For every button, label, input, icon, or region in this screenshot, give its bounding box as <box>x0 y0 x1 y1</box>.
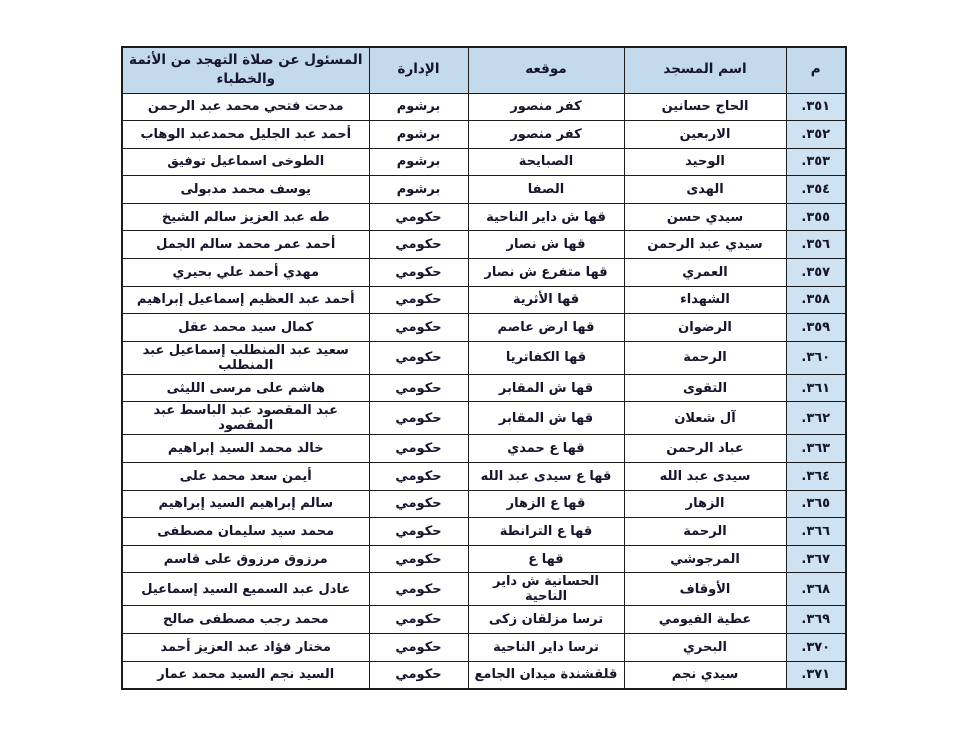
administration-cell: حكومي <box>369 341 468 374</box>
mosque-name-cell: الهدى <box>624 176 786 204</box>
table-row: ٣٦٥.الزهارقها ع الزهارحكوميسالم إبراهيم … <box>122 490 846 518</box>
mosque-name-cell: الاربعين <box>624 121 786 149</box>
row-number-cell: ٣٦٦. <box>786 518 846 546</box>
mosque-name-cell: البحري <box>624 634 786 662</box>
mosque-name-cell: الرضوان <box>624 314 786 342</box>
responsible-cell: مرزوق مرزوق على قاسم <box>122 545 369 573</box>
administration-cell: برشوم <box>369 93 468 121</box>
responsible-cell: مهدي أحمد علي بحيري <box>122 259 369 287</box>
mosque-name-cell: الشهداء <box>624 286 786 314</box>
administration-cell: برشوم <box>369 176 468 204</box>
mosque-name-cell: المرجوشي <box>624 545 786 573</box>
row-number-cell: ٣٥٩. <box>786 314 846 342</box>
table-row: ٣٧٠.البحريترسا داير الناحيةحكوميمختار فؤ… <box>122 634 846 662</box>
table-header: م اسم المسجد موقعه الإدارة المسئول عن صل… <box>122 47 846 93</box>
header-responsible: المسئول عن صلاة التهجد من الأئمة والخطبا… <box>122 47 369 93</box>
table-row: ٣٥٩.الرضوانقها ارض عاصمحكوميكمال سيد محم… <box>122 314 846 342</box>
location-cell: الصبايحة <box>468 148 624 176</box>
mosque-name-cell: الرحمة <box>624 341 786 374</box>
header-row: م اسم المسجد موقعه الإدارة المسئول عن صل… <box>122 47 846 93</box>
table-row: ٣٦٧.المرجوشيقها عحكوميمرزوق مرزوق على قا… <box>122 545 846 573</box>
table-row: ٣٥٢.الاربعينكفر منصوربرشومأحمد عبد الجلي… <box>122 121 846 149</box>
responsible-cell: هاشم على مرسى الليثى <box>122 374 369 402</box>
location-cell: قلقشندة ميدان الجامع <box>468 661 624 689</box>
responsible-cell: عبد المقصود عبد الباسط عبد المقصود <box>122 402 369 435</box>
administration-cell: حكومي <box>369 463 468 491</box>
location-cell: قها ش نصار <box>468 231 624 259</box>
responsible-cell: سعيد عبد المنطلب إسماعيل عبد المنطلب <box>122 341 369 374</box>
row-number-cell: ٣٥٨. <box>786 286 846 314</box>
row-number-cell: ٣٥٦. <box>786 231 846 259</box>
row-number-cell: ٣٥١. <box>786 93 846 121</box>
row-number-cell: ٣٦٠. <box>786 341 846 374</box>
administration-cell: برشوم <box>369 121 468 149</box>
header-mosque-name: اسم المسجد <box>624 47 786 93</box>
mosque-name-cell: التقوى <box>624 374 786 402</box>
row-number-cell: ٣٦٨. <box>786 573 846 606</box>
responsible-cell: الطوخى اسماعيل توفيق <box>122 148 369 176</box>
mosque-roster-table: م اسم المسجد موقعه الإدارة المسئول عن صل… <box>121 46 847 690</box>
mosque-name-cell: عطية الفيومي <box>624 606 786 634</box>
header-num: م <box>786 47 846 93</box>
mosque-name-cell: سيدي حسن <box>624 203 786 231</box>
administration-cell: حكومي <box>369 374 468 402</box>
location-cell: قها ارض عاصم <box>468 314 624 342</box>
row-number-cell: ٣٦٢. <box>786 402 846 435</box>
administration-cell: حكومي <box>369 314 468 342</box>
responsible-cell: محمد رجب مصطفى صالح <box>122 606 369 634</box>
location-cell: كفر منصور <box>468 121 624 149</box>
mosque-name-cell: الوحيد <box>624 148 786 176</box>
table-row: ٣٥٣.الوحيدالصبايحةبرشومالطوخى اسماعيل تو… <box>122 148 846 176</box>
mosque-name-cell: الحاج حسانين <box>624 93 786 121</box>
responsible-cell: خالد محمد السيد إبراهيم <box>122 435 369 463</box>
responsible-cell: كمال سيد محمد عقل <box>122 314 369 342</box>
table-body: ٣٥١.الحاج حسانينكفر منصوربرشوممدحت فتحي … <box>122 93 846 689</box>
table-row: ٣٦٤.سيدى عبد اللهقها ع سيدى عبد اللهحكوم… <box>122 463 846 491</box>
row-number-cell: ٣٧١. <box>786 661 846 689</box>
administration-cell: حكومي <box>369 661 468 689</box>
mosque-name-cell: سيدي عبد الرحمن <box>624 231 786 259</box>
table-row: ٣٥٨.الشهداءقها الأثريةحكوميأحمد عبد العظ… <box>122 286 846 314</box>
administration-cell: حكومي <box>369 545 468 573</box>
row-number-cell: ٣٦٧. <box>786 545 846 573</box>
administration-cell: حكومي <box>369 231 468 259</box>
responsible-cell: مدحت فتحي محمد عبد الرحمن <box>122 93 369 121</box>
row-number-cell: ٣٥٤. <box>786 176 846 204</box>
table-row: ٣٥٥.سيدي حسنقها ش داير الناحيةحكوميطه عب… <box>122 203 846 231</box>
location-cell: قها ع <box>468 545 624 573</box>
header-administration: الإدارة <box>369 47 468 93</box>
mosque-name-cell: عباد الرحمن <box>624 435 786 463</box>
row-number-cell: ٣٥٧. <box>786 259 846 287</box>
header-location: موقعه <box>468 47 624 93</box>
table-row: ٣٦٢.آل شعلانقها ش المقابرحكوميعبد المقصو… <box>122 402 846 435</box>
location-cell: قها ع سيدى عبد الله <box>468 463 624 491</box>
administration-cell: حكومي <box>369 518 468 546</box>
location-cell: قها الكفاتريا <box>468 341 624 374</box>
mosque-name-cell: الرحمة <box>624 518 786 546</box>
administration-cell: برشوم <box>369 148 468 176</box>
location-cell: قها متفرع ش نصار <box>468 259 624 287</box>
responsible-cell: عادل عبد السميع السيد إسماعيل <box>122 573 369 606</box>
table-row: ٣٦٣.عباد الرحمنقها ع حمديحكوميخالد محمد … <box>122 435 846 463</box>
administration-cell: حكومي <box>369 490 468 518</box>
location-cell: قها ع حمدي <box>468 435 624 463</box>
responsible-cell: يوسف محمد مدبولى <box>122 176 369 204</box>
responsible-cell: السيد نجم السيد محمد عمار <box>122 661 369 689</box>
mosque-name-cell: سيدي نجم <box>624 661 786 689</box>
responsible-cell: أحمد عبد الجليل محمدعبد الوهاب <box>122 121 369 149</box>
administration-cell: حكومي <box>369 435 468 463</box>
administration-cell: حكومي <box>369 259 468 287</box>
responsible-cell: طه عبد العزيز سالم الشيخ <box>122 203 369 231</box>
table-row: ٣٥٦.سيدي عبد الرحمنقها ش نصارحكوميأحمد ع… <box>122 231 846 259</box>
table-row: ٣٦٨.الأوقافالحسانية ش داير الناحيةحكوميع… <box>122 573 846 606</box>
location-cell: قها الأثرية <box>468 286 624 314</box>
row-number-cell: ٣٥٣. <box>786 148 846 176</box>
mosque-name-cell: الأوقاف <box>624 573 786 606</box>
location-cell: قها ش المقابر <box>468 374 624 402</box>
document-page: م اسم المسجد موقعه الإدارة المسئول عن صل… <box>0 0 960 742</box>
mosque-name-cell: سيدى عبد الله <box>624 463 786 491</box>
responsible-cell: أيمن سعد محمد على <box>122 463 369 491</box>
responsible-cell: مختار فؤاد عبد العزيز أحمد <box>122 634 369 662</box>
row-number-cell: ٣٦٣. <box>786 435 846 463</box>
responsible-cell: سالم إبراهيم السيد إبراهيم <box>122 490 369 518</box>
table-row: ٣٧١.سيدي نجمقلقشندة ميدان الجامعحكوميالس… <box>122 661 846 689</box>
row-number-cell: ٣٥٥. <box>786 203 846 231</box>
row-number-cell: ٣٦٥. <box>786 490 846 518</box>
responsible-cell: أحمد عمر محمد سالم الجمل <box>122 231 369 259</box>
location-cell: ترسا مزلقان زكى <box>468 606 624 634</box>
table-row: ٣٥٤.الهدىالصفابرشوميوسف محمد مدبولى <box>122 176 846 204</box>
mosque-name-cell: آل شعلان <box>624 402 786 435</box>
administration-cell: حكومي <box>369 203 468 231</box>
table-row: ٣٦١.التقوىقها ش المقابرحكوميهاشم على مرس… <box>122 374 846 402</box>
administration-cell: حكومي <box>369 286 468 314</box>
row-number-cell: ٣٦١. <box>786 374 846 402</box>
table-row: ٣٥١.الحاج حسانينكفر منصوربرشوممدحت فتحي … <box>122 93 846 121</box>
row-number-cell: ٣٦٩. <box>786 606 846 634</box>
location-cell: قها ش المقابر <box>468 402 624 435</box>
row-number-cell: ٣٥٢. <box>786 121 846 149</box>
table-row: ٣٦٩.عطية الفيوميترسا مزلقان زكىحكوميمحمد… <box>122 606 846 634</box>
location-cell: الحسانية ش داير الناحية <box>468 573 624 606</box>
location-cell: قها ع الزهار <box>468 490 624 518</box>
table-row: ٣٦٦.الرحمةقها ع الترانطةحكوميمحمد سيد سل… <box>122 518 846 546</box>
administration-cell: حكومي <box>369 606 468 634</box>
administration-cell: حكومي <box>369 573 468 606</box>
responsible-cell: أحمد عبد العظيم إسماعيل إبراهيم <box>122 286 369 314</box>
mosque-name-cell: الزهار <box>624 490 786 518</box>
table-row: ٣٥٧.العمريقها متفرع ش نصارحكوميمهدي أحمد… <box>122 259 846 287</box>
mosque-name-cell: العمري <box>624 259 786 287</box>
administration-cell: حكومي <box>369 402 468 435</box>
row-number-cell: ٣٦٤. <box>786 463 846 491</box>
location-cell: الصفا <box>468 176 624 204</box>
row-number-cell: ٣٧٠. <box>786 634 846 662</box>
location-cell: ترسا داير الناحية <box>468 634 624 662</box>
location-cell: قها ع الترانطة <box>468 518 624 546</box>
administration-cell: حكومي <box>369 634 468 662</box>
location-cell: قها ش داير الناحية <box>468 203 624 231</box>
table-row: ٣٦٠.الرحمةقها الكفاترياحكوميسعيد عبد الم… <box>122 341 846 374</box>
responsible-cell: محمد سيد سليمان مصطفى <box>122 518 369 546</box>
location-cell: كفر منصور <box>468 93 624 121</box>
